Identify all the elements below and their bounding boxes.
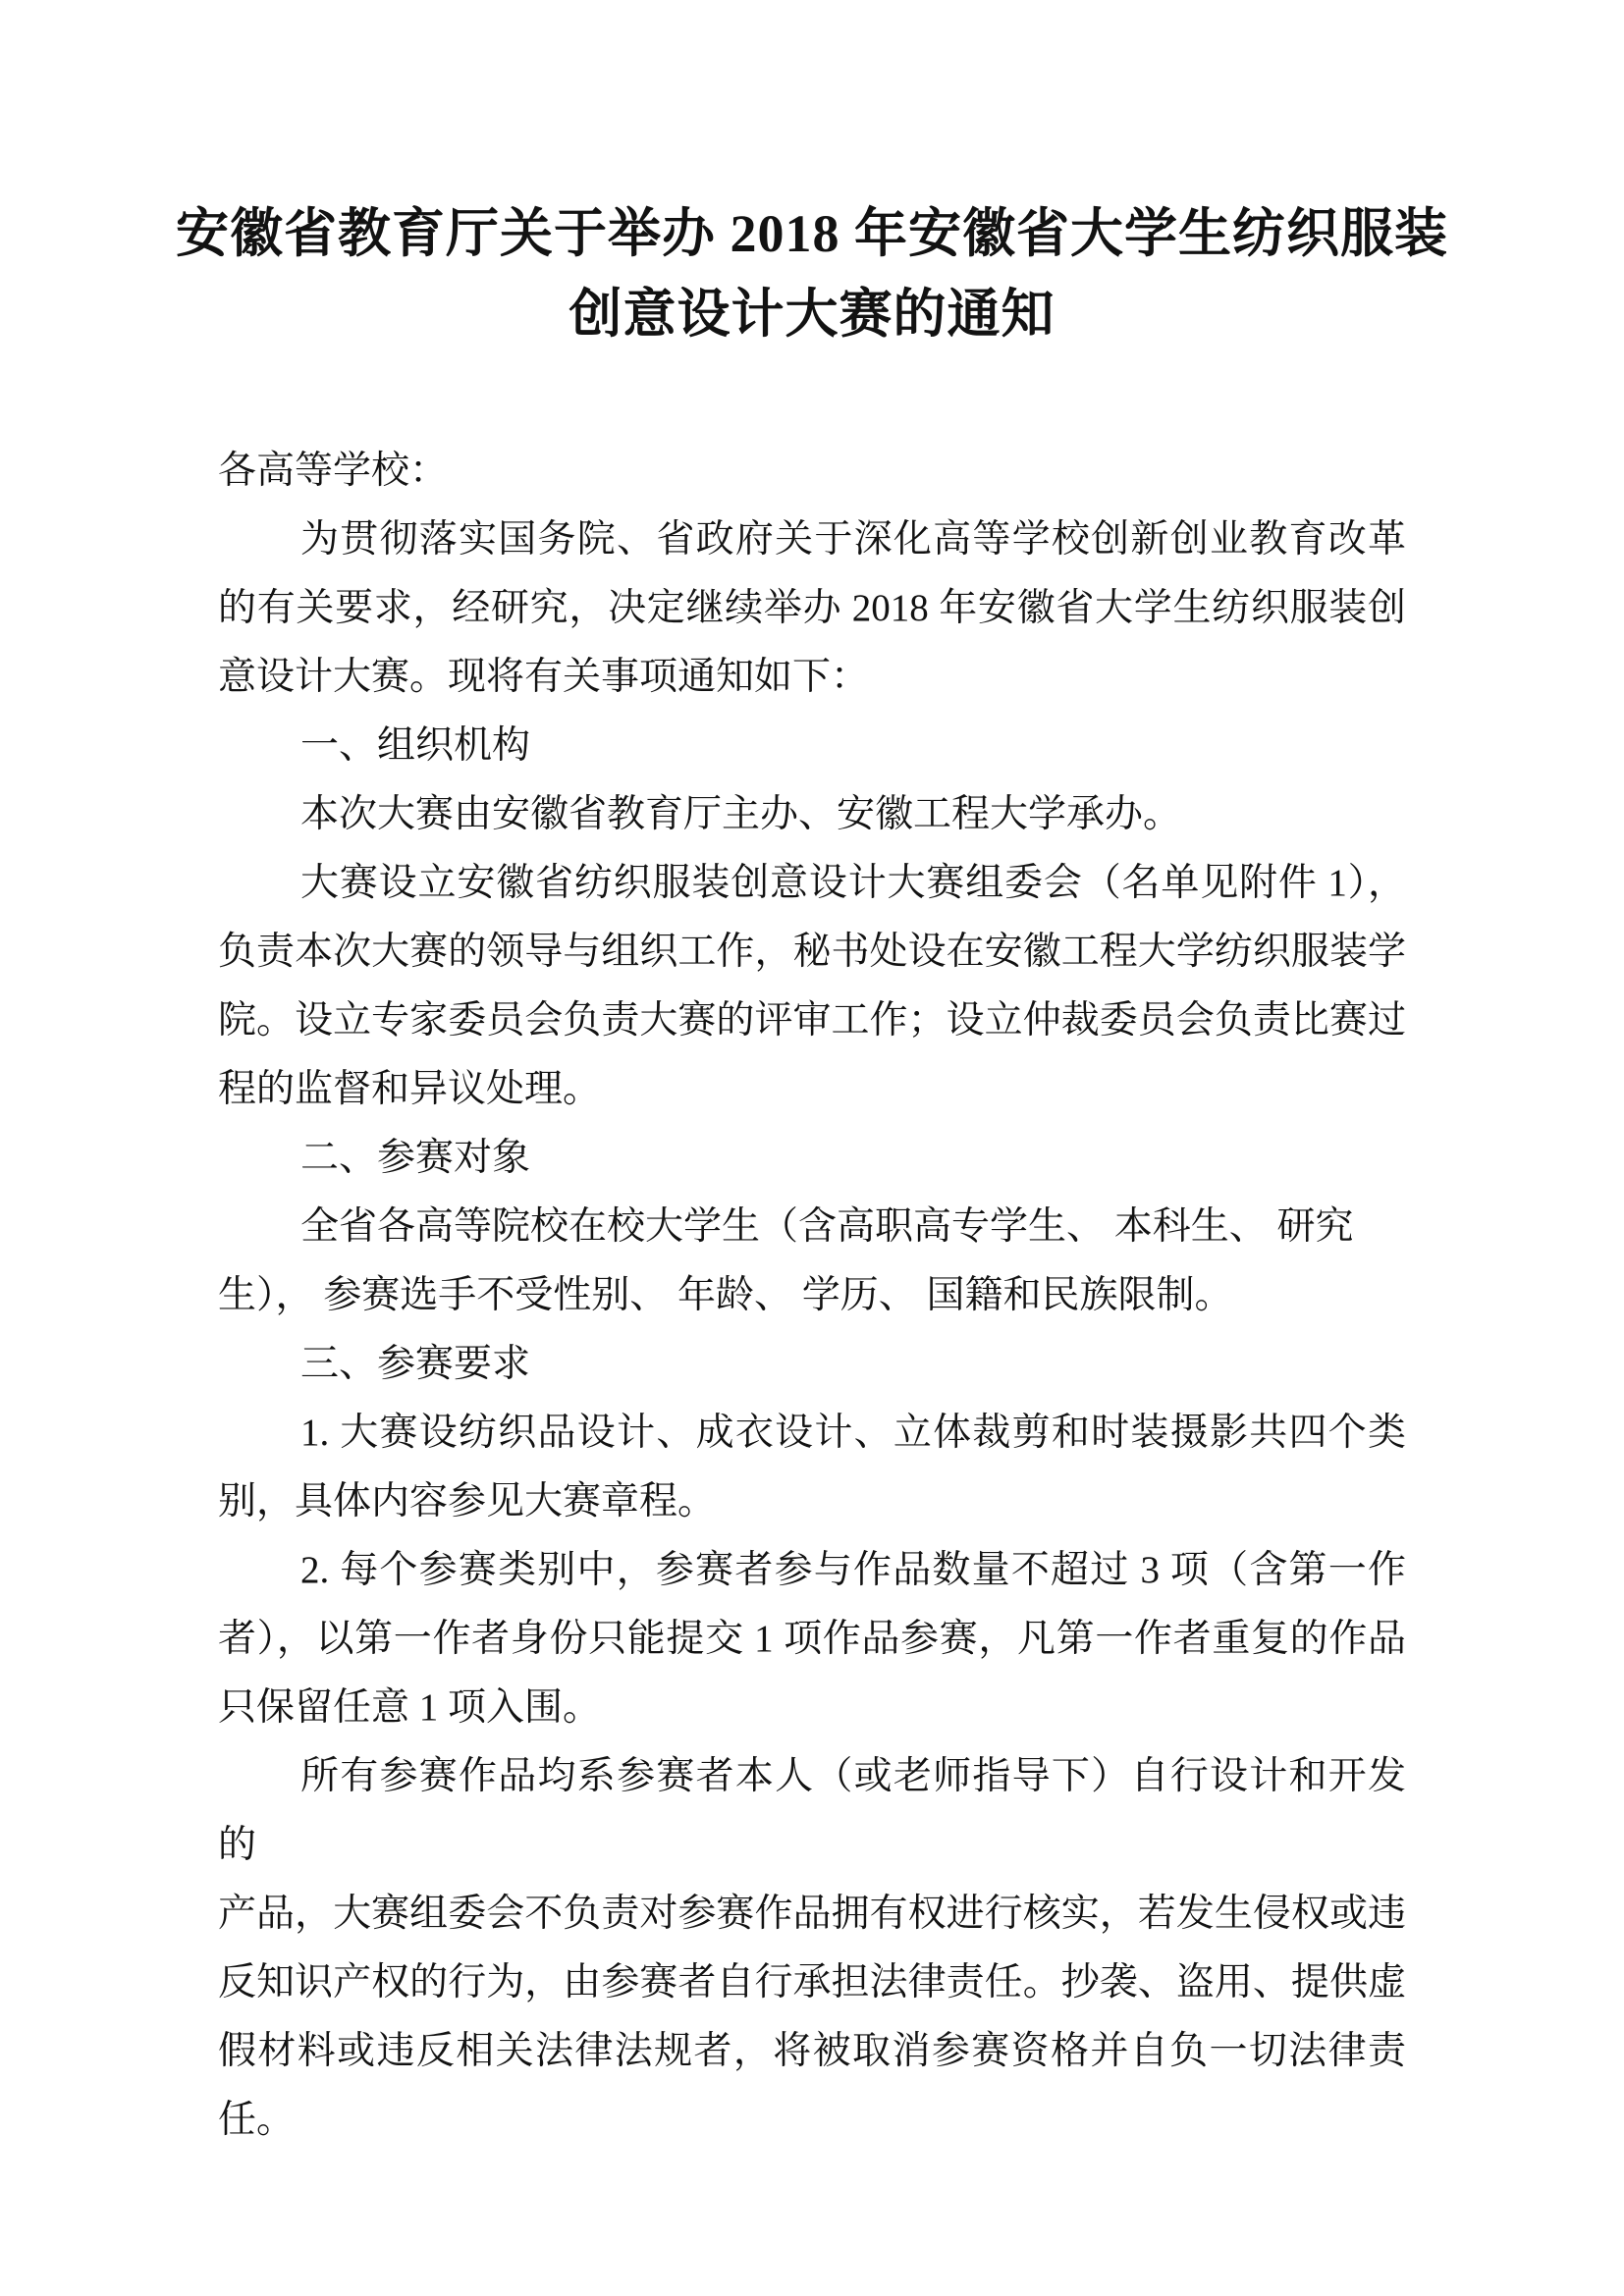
text-line: 负责本次大赛的领导与组织工作，秘书处设在安徽工程大学纺织服装学 — [218, 918, 1406, 987]
text-line: 2. 每个参赛类别中，参赛者参与作品数量不超过 3 项（含第一作 — [218, 1536, 1406, 1605]
title-line-2: 创意设计大赛的通知 — [0, 274, 1624, 354]
document-body: 各高等学校：为贯彻落实国务院、省政府关于深化高等学校创新创业教育改革的有关要求，… — [218, 437, 1406, 2155]
text-line: 大赛设立安徽省纺织服装创意设计大赛组委会（名单见附件 1）， — [218, 849, 1406, 918]
text-line: 院。设立专家委员会负责大赛的评审工作；设立仲裁委员会负责比赛过 — [218, 987, 1406, 1055]
document-title: 安徽省教育厅关于举办 2018 年安徽省大学生纺织服装 创意设计大赛的通知 — [0, 0, 1624, 354]
text-line: 别，具体内容参见大赛章程。 — [218, 1468, 1406, 1536]
text-line: 任。 — [218, 2086, 1406, 2155]
text-line: 所有参赛作品均系参赛者本人（或老师指导下）自行设计和开发的 — [218, 1742, 1406, 1880]
text-line: 意设计大赛。现将有关事项通知如下： — [218, 643, 1406, 712]
text-line: 二、参赛对象 — [218, 1124, 1406, 1193]
text-line: 各高等学校： — [218, 437, 1406, 506]
text-line: 生）， 参赛选手不受性别、 年龄、 学历、 国籍和民族限制。 — [218, 1261, 1406, 1330]
text-line: 假材料或违反相关法律法规者，将被取消参赛资格并自负一切法律责 — [218, 2017, 1406, 2086]
text-line: 的有关要求，经研究，决定继续举办 2018 年安徽省大学生纺织服装创 — [218, 574, 1406, 643]
text-line: 全省各高等院校在校大学生（含高职高专学生、 本科生、 研究 — [218, 1193, 1406, 1261]
text-line: 本次大赛由安徽省教育厅主办、安徽工程大学承办。 — [218, 780, 1406, 849]
text-line: 一、组织机构 — [218, 712, 1406, 780]
text-line: 程的监督和异议处理。 — [218, 1055, 1406, 1124]
title-line-1: 安徽省教育厅关于举办 2018 年安徽省大学生纺织服装 — [0, 193, 1624, 274]
text-line: 只保留任意 1 项入围。 — [218, 1674, 1406, 1742]
text-line: 1. 大赛设纺织品设计、成衣设计、立体裁剪和时装摄影共四个类 — [218, 1399, 1406, 1468]
text-line: 为贯彻落实国务院、省政府关于深化高等学校创新创业教育改革 — [218, 506, 1406, 574]
text-line: 产品，大赛组委会不负责对参赛作品拥有权进行核实，若发生侵权或违 — [218, 1880, 1406, 1949]
text-line: 者），以第一作者身份只能提交 1 项作品参赛，凡第一作者重复的作品 — [218, 1605, 1406, 1674]
document-page: 安徽省教育厅关于举办 2018 年安徽省大学生纺织服装 创意设计大赛的通知 各高… — [0, 0, 1624, 2296]
text-line: 反知识产权的行为，由参赛者自行承担法律责任。抄袭、盗用、提供虚 — [218, 1949, 1406, 2017]
text-line: 三、参赛要求 — [218, 1330, 1406, 1399]
